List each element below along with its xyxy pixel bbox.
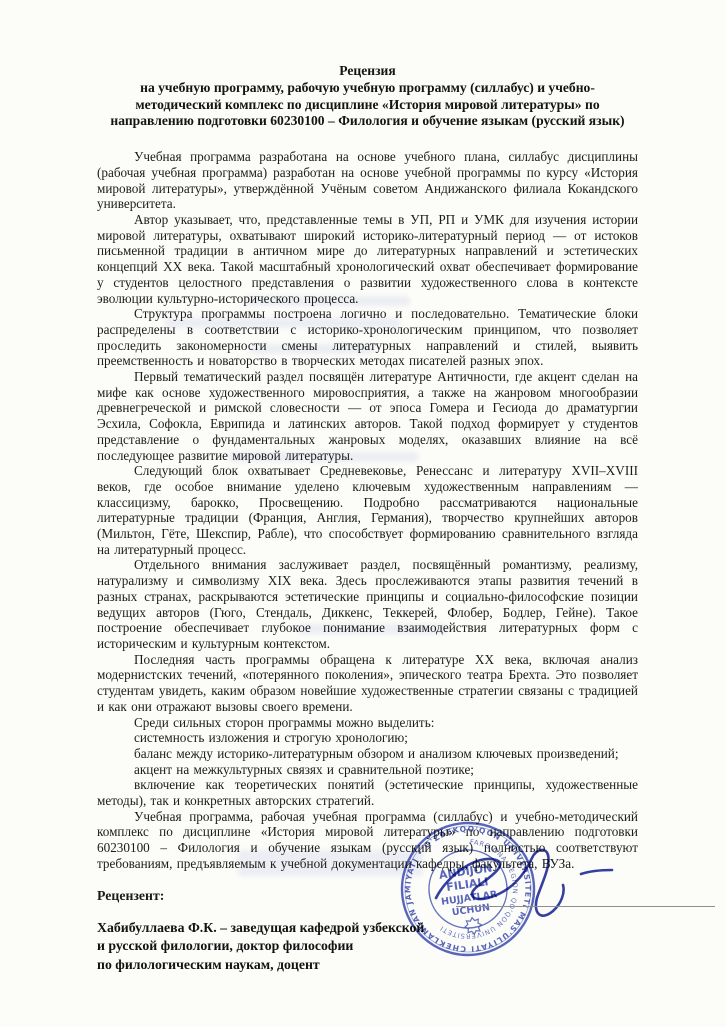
title-subject: на учебную программу, рабочую учебную пр… <box>110 80 624 129</box>
paragraph: Автор указывает, что, представленные тем… <box>97 212 638 306</box>
signature-underline <box>456 906 715 907</box>
paragraph: Последняя часть программы обращена к лит… <box>97 652 638 715</box>
paragraph: Первый тематический раздел посвящён лите… <box>97 369 638 463</box>
strength-item: баланс между историко-литературным обзор… <box>97 746 638 762</box>
paragraph: Учебная программа разработана на основе … <box>97 149 638 212</box>
title-heading: Рецензия <box>97 63 638 80</box>
paragraph: Отдельного внимания заслуживает раздел, … <box>97 557 638 651</box>
document-title: Рецензия на учебную программу, рабочую у… <box>97 63 638 130</box>
strength-item: системность изложения и строгую хронолог… <box>97 730 638 746</box>
signature-ink <box>426 840 641 935</box>
strength-item: акцент на межкультурных связях и сравнит… <box>97 762 638 778</box>
document-body: Рецензия на учебную программу, рабочую у… <box>97 63 638 974</box>
scanned-review-document: Рецензия на учебную программу, рабочую у… <box>0 0 726 1027</box>
paragraph: Структура программы построена логично и … <box>97 306 638 369</box>
strength-item: включение как теоретических понятий (эст… <box>97 777 638 808</box>
paragraph: Следующий блок охватывает Средневековье,… <box>97 463 638 557</box>
strengths-intro: Среди сильных сторон программы можно выд… <box>97 715 638 731</box>
